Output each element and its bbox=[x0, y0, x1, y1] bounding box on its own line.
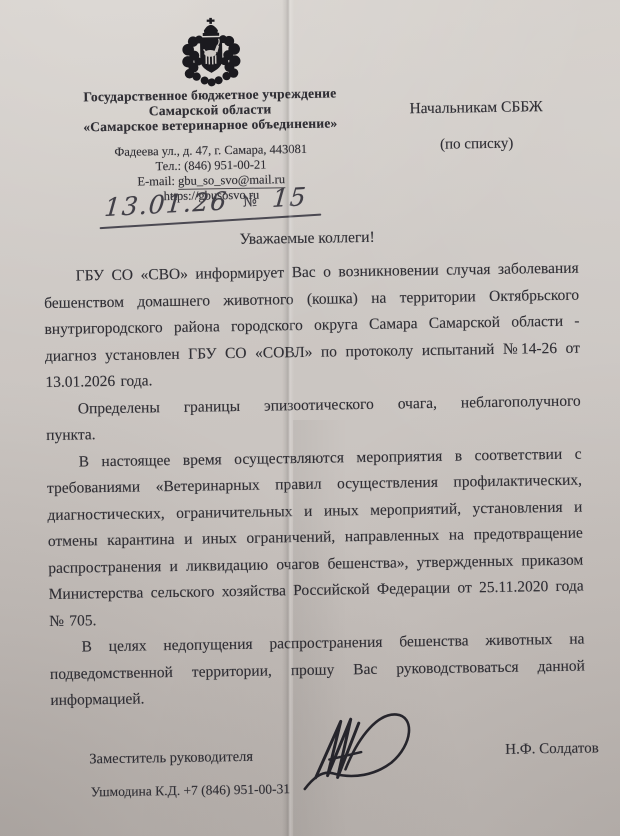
handwritten-date: 13.01.26 bbox=[103, 186, 229, 222]
recipient-line: (по списку) bbox=[392, 135, 562, 155]
recipient-block: Начальникам СББЖ (по списку) bbox=[391, 98, 562, 155]
number-sign: № bbox=[242, 192, 257, 211]
letter-body: ГБУ СО «СВО» информирует Вас о возникнов… bbox=[44, 256, 586, 715]
org-name-block: Государственное бюджетное учреждение Сам… bbox=[9, 84, 412, 135]
signatory-name: Н.Ф. Солдатов bbox=[505, 740, 599, 758]
samara-coat-of-arms-icon bbox=[180, 16, 243, 89]
recipient-line: Начальникам СББЖ bbox=[391, 98, 561, 119]
signatory-title: Заместитель руководителя bbox=[89, 749, 253, 769]
email-label: E-mail: bbox=[137, 174, 178, 189]
handwritten-signature bbox=[300, 704, 435, 794]
letter-photo: Государственное бюджетное учреждение Сам… bbox=[0, 0, 620, 836]
letter-sheet: Государственное бюджетное учреждение Сам… bbox=[0, 0, 620, 836]
handwritten-doc-number: 15 bbox=[271, 182, 308, 213]
executor-contact: Ушмодина К.Д. +7 (846) 951-00-31 bbox=[91, 781, 291, 800]
